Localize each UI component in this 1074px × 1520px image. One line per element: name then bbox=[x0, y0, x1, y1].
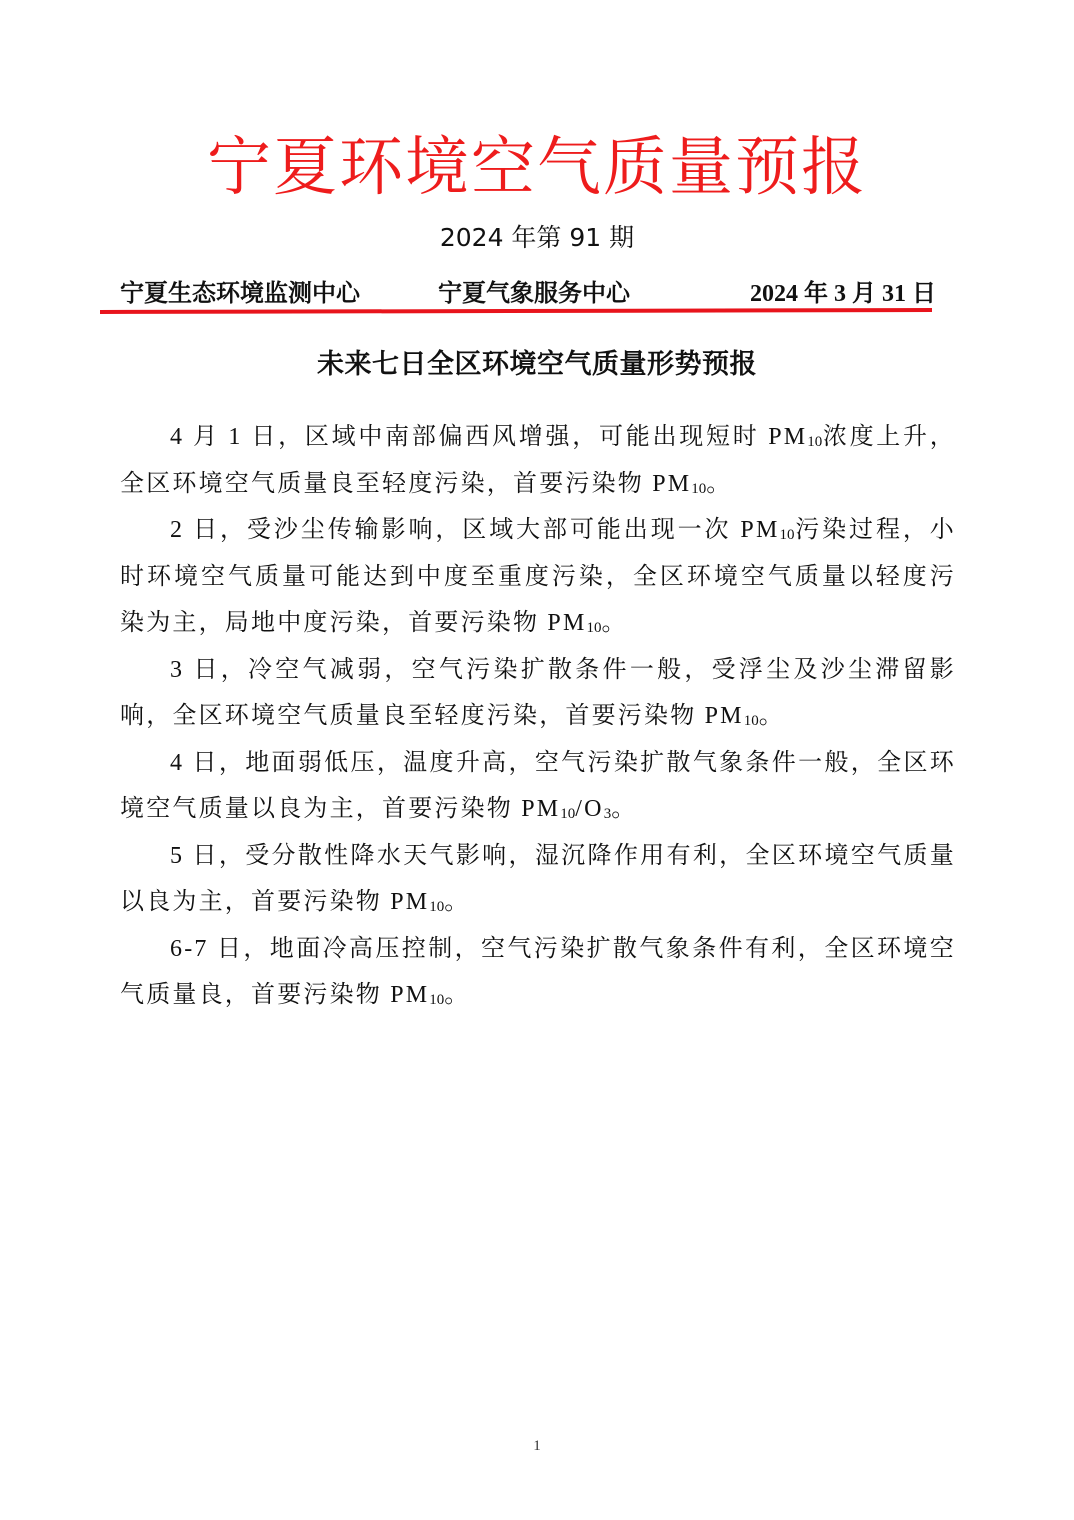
page-number: 1 bbox=[0, 1436, 1074, 1456]
subscript: 10 bbox=[807, 434, 822, 450]
forecast-paragraph-day-6-7: 6-7 日，地面冷高压控制，空气污染扩散气象条件有利，全区环境空气质量良，首要污… bbox=[120, 926, 956, 1019]
subscript: 10 bbox=[780, 527, 795, 543]
forecast-paragraph-day-3: 3 日，冷空气减弱，空气污染扩散条件一般，受浮尘及沙尘滞留影响，全区环境空气质量… bbox=[120, 647, 956, 740]
subscript: 3 bbox=[604, 806, 612, 822]
document-page: 宁夏环境空气质量预报 2024 年第 91 期 宁夏生态环境监测中心 宁夏气象服… bbox=[0, 0, 1074, 1520]
forecast-body: 4 月 1 日，区域中南部偏西风增强，可能出现短时 PM10浓度上升，全区环境空… bbox=[120, 414, 956, 1019]
issuer-meteorological-service-center: 宁夏气象服务中心 bbox=[438, 276, 630, 312]
issuer-environment-monitoring-center: 宁夏生态环境监测中心 bbox=[120, 276, 360, 312]
issue-date: 2024 年 3 月 31 日 bbox=[750, 276, 936, 312]
section-title: 未来七日全区环境空气质量形势预报 bbox=[0, 344, 1074, 384]
masthead-title: 宁夏环境空气质量预报 bbox=[0, 128, 1074, 208]
forecast-paragraph-day-2: 2 日，受沙尘传输影响，区域大部可能出现一次 PM10污染过程，小时环境空气质量… bbox=[120, 507, 956, 647]
red-divider-rule bbox=[100, 308, 932, 314]
forecast-paragraph-day-5: 5 日，受分散性降水天气影响，湿沉降作用有利，全区环境空气质量以良为主，首要污染… bbox=[120, 833, 956, 926]
issuer-row: 宁夏生态环境监测中心 宁夏气象服务中心 2024 年 3 月 31 日 bbox=[120, 276, 936, 312]
subscript: 10 bbox=[744, 713, 759, 729]
forecast-paragraph-apr-1: 4 月 1 日，区域中南部偏西风增强，可能出现短时 PM10浓度上升，全区环境空… bbox=[120, 414, 956, 507]
subscript: 10 bbox=[429, 899, 444, 915]
subscript: 10 bbox=[691, 481, 706, 497]
subscript: 10 bbox=[429, 992, 444, 1008]
subscript: 10 bbox=[587, 620, 602, 636]
issue-number: 2024 年第 91 期 bbox=[0, 218, 1074, 258]
forecast-paragraph-day-4: 4 日，地面弱低压，温度升高，空气污染扩散气象条件一般，全区环境空气质量以良为主… bbox=[120, 740, 956, 833]
subscript: 10 bbox=[560, 806, 575, 822]
